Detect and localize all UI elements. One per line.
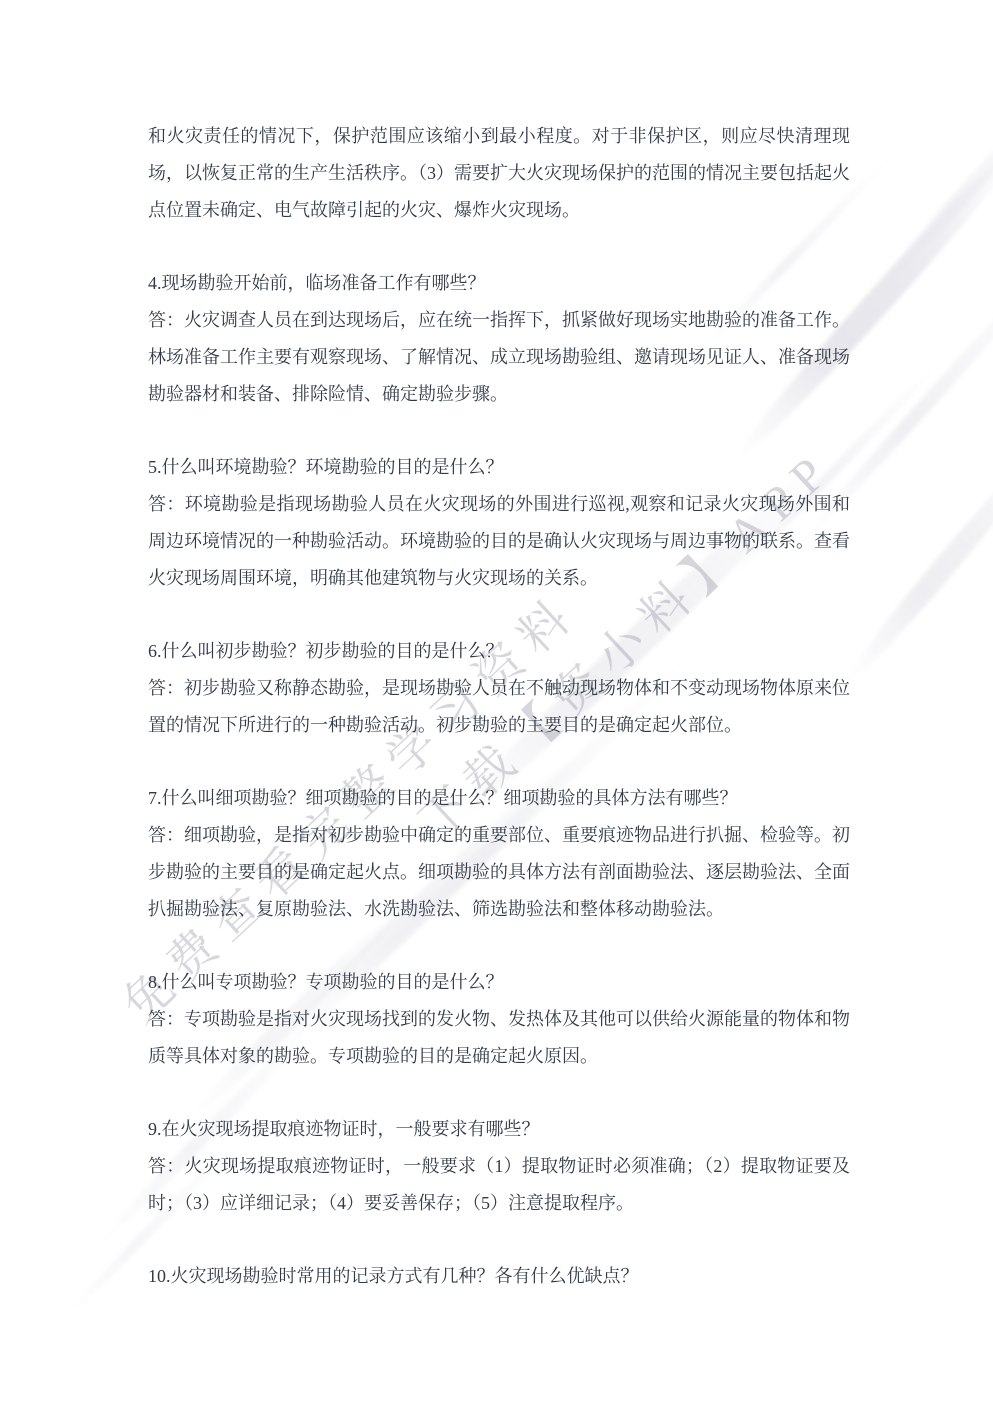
qa-block-4: 4.现场勘验开始前，临场准备工作有哪些？ 答：火灾调查人员在到达现场后，应在统一… xyxy=(148,265,850,413)
qa-block-6: 6.什么叫初步勘验？初步勘验的目的是什么？ 答：初步勘验又称静态勘验，是现场勘验… xyxy=(148,633,850,744)
qa-block-9: 9.在火灾现场提取痕迹物证时，一般要求有哪些？ 答：火灾现场提取痕迹物证时，一般… xyxy=(148,1111,850,1222)
qa-block-7: 7.什么叫细项勘验？细项勘验的目的是什么？细项勘验的具体方法有哪些？ 答：细项勘… xyxy=(148,780,850,928)
document-body: 和火灾责任的情况下，保护范围应该缩小到最小程度。对于非保护区，则应尽快清理现场，… xyxy=(148,118,850,1295)
document-page: 免费查看完整学习资料 下载【资小料】APP 和火灾责任的情况下，保护范围应该缩小… xyxy=(0,0,993,1404)
question-text: 4.现场勘验开始前，临场准备工作有哪些？ xyxy=(148,265,850,302)
answer-text: 答：细项勘验，是指对初步勘验中确定的重要部位、重要痕迹物品进行扒掘、检验等。初步… xyxy=(148,817,850,928)
question-text: 9.在火灾现场提取痕迹物证时，一般要求有哪些？ xyxy=(148,1111,850,1148)
answer-text: 答：初步勘验又称静态勘验，是现场勘验人员在不触动现场物体和不变动现场物体原来位置… xyxy=(148,670,850,744)
qa-block-5: 5.什么叫环境勘验？环境勘验的目的是什么？ 答：环境勘验是指现场勘验人员在火灾现… xyxy=(148,449,850,597)
answer-text: 答：火灾调查人员在到达现场后，应在统一指挥下，抓紧做好现场实地勘验的准备工作。林… xyxy=(148,302,850,413)
qa-block-8: 8.什么叫专项勘验？专项勘验的目的是什么？ 答：专项勘验是指对火灾现场找到的发火… xyxy=(148,964,850,1075)
qa-block-10: 10.火灾现场勘验时常用的记录方式有几种？各有什么优缺点？ xyxy=(148,1258,850,1295)
question-text: 10.火灾现场勘验时常用的记录方式有几种？各有什么优缺点？ xyxy=(148,1258,850,1295)
answer-text: 答：专项勘验是指对火灾现场找到的发火物、发热体及其他可以供给火源能量的物体和物质… xyxy=(148,1001,850,1075)
intro-paragraph: 和火灾责任的情况下，保护范围应该缩小到最小程度。对于非保护区，则应尽快清理现场，… xyxy=(148,118,850,229)
question-text: 5.什么叫环境勘验？环境勘验的目的是什么？ xyxy=(148,449,850,486)
answer-text: 答：火灾现场提取痕迹物证时，一般要求（1）提取物证时必须准确；（2）提取物证要及… xyxy=(148,1148,850,1222)
question-text: 8.什么叫专项勘验？专项勘验的目的是什么？ xyxy=(148,964,850,1001)
question-text: 6.什么叫初步勘验？初步勘验的目的是什么？ xyxy=(148,633,850,670)
question-text: 7.什么叫细项勘验？细项勘验的目的是什么？细项勘验的具体方法有哪些？ xyxy=(148,780,850,817)
background-streak xyxy=(864,71,993,305)
background-streak xyxy=(839,430,993,689)
answer-text: 答：环境勘验是指现场勘验人员在火灾现场的外围进行巡视,观察和记录火灾现场外围和周… xyxy=(148,486,850,597)
